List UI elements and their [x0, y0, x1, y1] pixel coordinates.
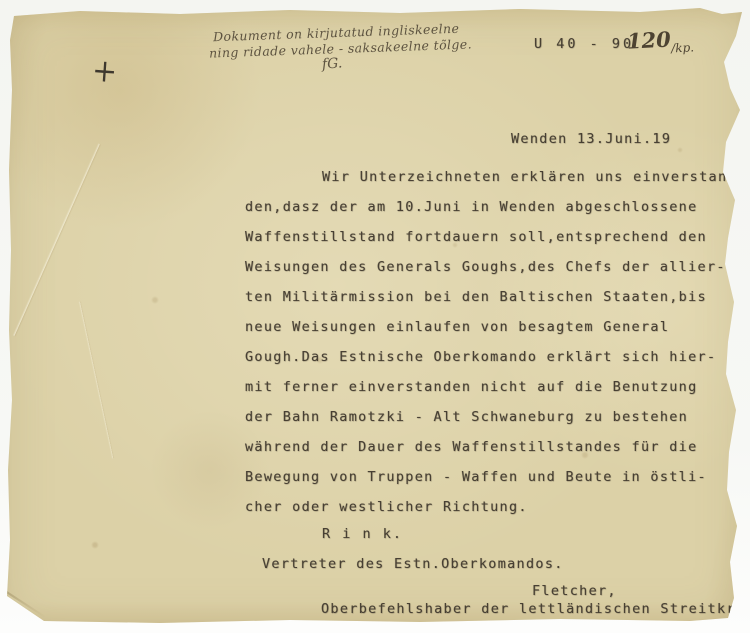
- body-line: Gough.Das Estnische Oberkomando erklärt …: [245, 342, 737, 372]
- body-line: neue Weisungen einlaufen von besagtem Ge…: [245, 312, 737, 342]
- document-body: Wir Unterzeichneten erklären uns einvers…: [245, 162, 737, 522]
- handwritten-number-suffix: /kp.: [671, 40, 695, 55]
- scanned-document-paper: Dokument on kirjutatud ingliskeelne ning…: [0, 0, 750, 633]
- body-line: Waffenstillstand fortdauern soll,entspre…: [245, 222, 737, 252]
- folded-corner-crease: [1, 588, 46, 618]
- signature-fletcher-role: Oberbefehlshaber der lettländischen Stre…: [321, 601, 750, 617]
- signature-fletcher: Fletcher,: [532, 583, 617, 599]
- handwritten-number-value: 120: [626, 26, 671, 53]
- document-dateline: Wenden 13.Juni.19: [511, 131, 671, 147]
- body-line: der Bahn Ramotzki - Alt Schwaneburg zu b…: [245, 402, 737, 432]
- body-line: Weisungen des Generals Goughs,des Chefs …: [245, 252, 737, 282]
- document-scan-view: Dokument on kirjutatud ingliskeelne ning…: [0, 0, 750, 633]
- body-line: Wir Unterzeichneten erklären uns einvers…: [245, 162, 737, 192]
- signature-rink: R i n k.: [322, 526, 403, 542]
- handwritten-archive-number: 120/kp.: [626, 25, 694, 57]
- body-line: den,dasz der am 10.Juni in Wenden abgesc…: [245, 192, 737, 222]
- body-line: cher oder westlicher Richtung.: [245, 492, 737, 522]
- body-line: Bewegung von Truppen - Waffen und Beute …: [245, 462, 737, 492]
- paper-crease: [12, 143, 101, 336]
- paper-crease: [78, 301, 114, 458]
- body-line: während der Dauer des Waffenstillstandes…: [245, 432, 737, 462]
- handwritten-initials: fG.: [321, 55, 342, 72]
- typed-reference-number: U 40 - 90: [534, 36, 634, 52]
- handwritten-cross-mark: +: [91, 52, 119, 90]
- signature-rink-role: Vertreter des Estn.Oberkomandos.: [262, 556, 564, 572]
- body-line: mit ferner einverstanden nicht auf die B…: [245, 372, 737, 402]
- body-line: ten Militärmission bei den Baltischen St…: [245, 282, 737, 312]
